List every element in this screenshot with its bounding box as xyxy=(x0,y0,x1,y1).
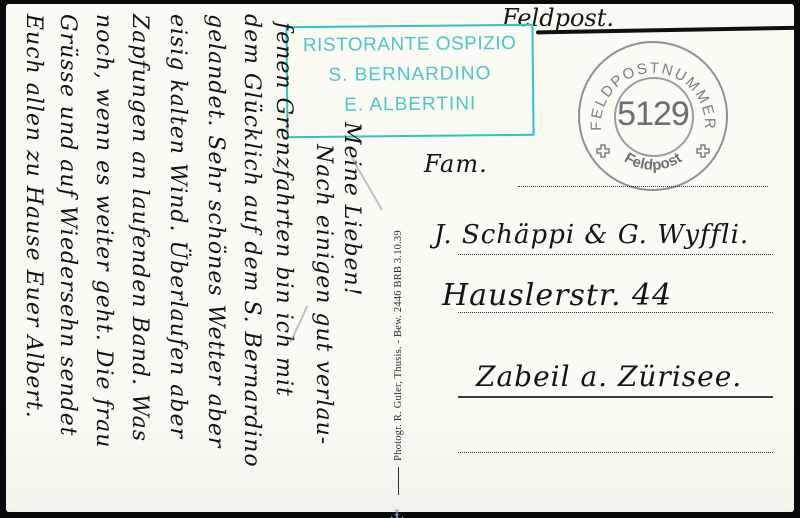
anchor-icon: ⚓ xyxy=(390,509,405,518)
address-line2: Hauslerstr. 44 xyxy=(442,278,672,313)
address-line-0 xyxy=(518,186,768,187)
address-line-3 xyxy=(458,396,773,398)
postcard-back: Feldpost. RISTORANTE OSPIZIO S. BERNARDI… xyxy=(6,4,794,512)
photographer-imprint: ⚓Photogr. R. Guler, Thusis. - Bew. 2446 … xyxy=(390,164,405,518)
message-line: noch, wenn es weiter geht. Die frau xyxy=(91,14,116,448)
feldpost-number: 5129 xyxy=(580,95,726,134)
address-line-4 xyxy=(458,452,773,453)
message-line: Meine Lieben! xyxy=(339,122,364,297)
stamp-line-2: S. BERNARDINO xyxy=(288,59,532,92)
address-line1: J. Schäppi & G. Wyffli. xyxy=(434,220,749,250)
imprint-dash xyxy=(398,467,399,495)
message-line: Nach einigen gut verlau- xyxy=(311,144,336,445)
imprint-text: Photogr. R. Guler, Thusis. - Bew. 2446 B… xyxy=(393,230,404,461)
message-line: Euch allen zu Hause Euer Albert. xyxy=(21,14,46,419)
message-line: dem Glücklich auf dem S. Bernardino xyxy=(239,14,264,468)
message-line: Grüsse und auf Wiedersehn sendet xyxy=(55,14,80,437)
address-salutation: Fam. xyxy=(424,150,488,178)
stamp-line-1: RISTORANTE OSPIZIO xyxy=(287,29,531,62)
message-line: gelandet. Sehr schönes Wetter aber xyxy=(203,14,228,448)
restaurant-stamp: RISTORANTE OSPIZIO S. BERNARDINO E. ALBE… xyxy=(285,24,534,139)
message-line: Zapfungen an laufenden Band. Was xyxy=(127,14,152,442)
address-line-2 xyxy=(458,312,773,313)
stamp-line-3: E. ALBERTINI xyxy=(288,89,532,122)
address-line-1 xyxy=(458,254,773,255)
feldpost-postmark: FELDPOSTNUMMER Feldpost 5129 xyxy=(578,41,728,191)
message-line: eisig kalten Wind. Überlaufen aber xyxy=(165,14,190,439)
address-line3: Zabeil a. Zürisee. xyxy=(476,360,742,393)
